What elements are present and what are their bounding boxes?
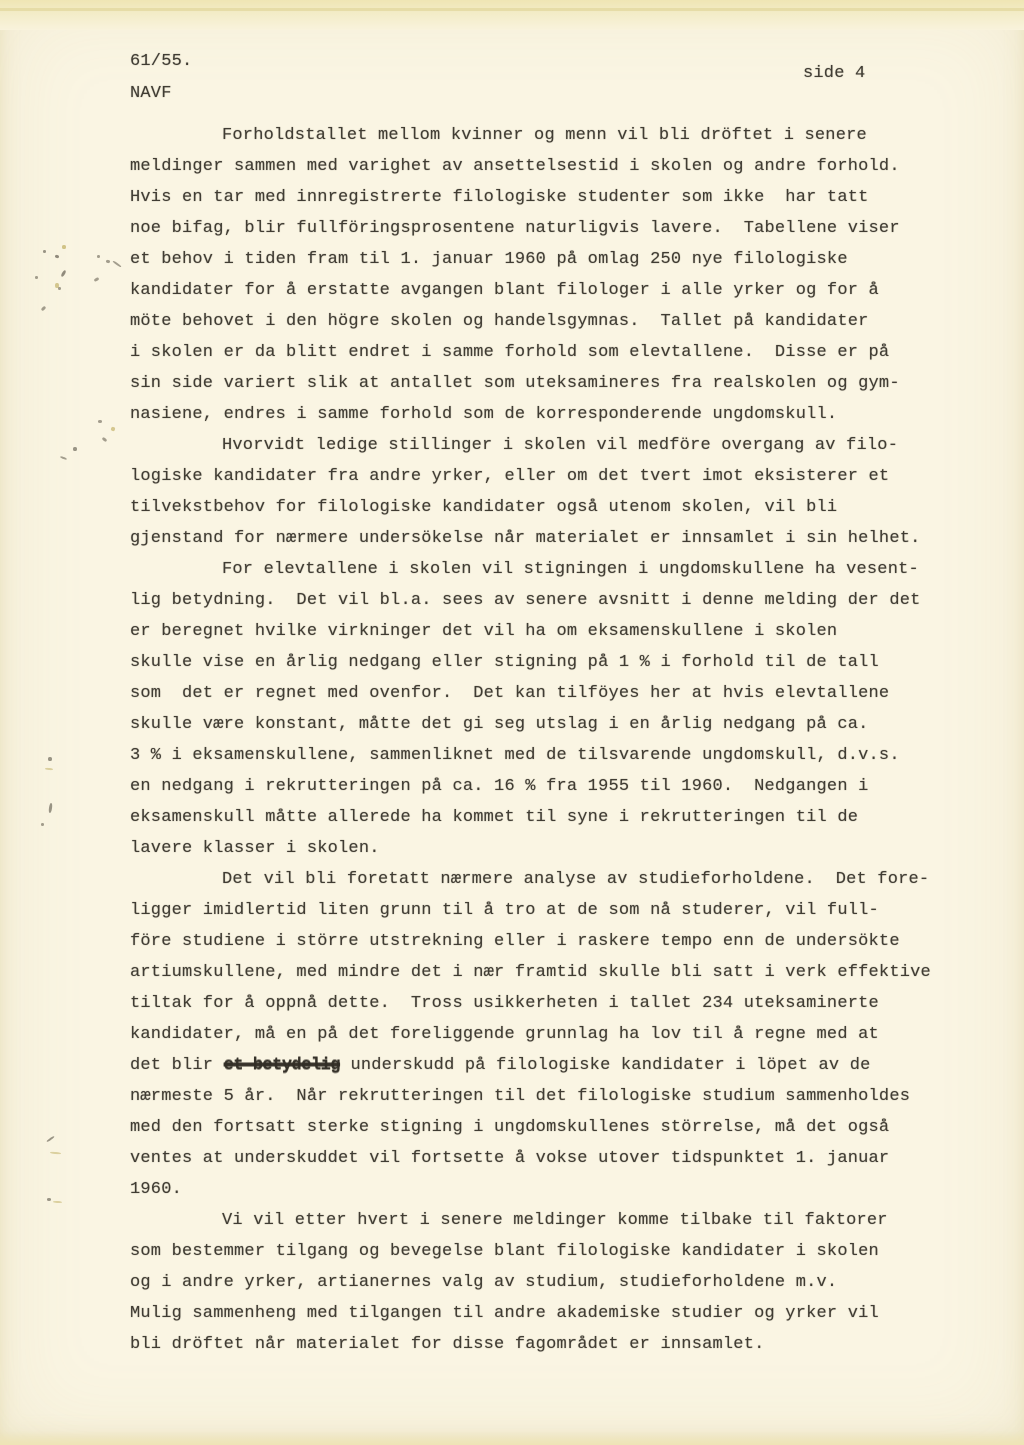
- text-segment: noe bifag, blir fullföringsprosentene na…: [130, 219, 900, 238]
- stain-speck: [45, 768, 53, 771]
- stain-speck: [55, 283, 59, 288]
- pencil-mark: [48, 757, 52, 761]
- pencil-mark: [47, 1198, 51, 1201]
- text-line: Vi vil etter hvert i senere meldinger ko…: [130, 1205, 960, 1236]
- text-segment: en nedgang i rekrutteringen på ca. 16 % …: [130, 777, 869, 796]
- text-segment: som det er regnet med ovenfor. Det kan t…: [130, 684, 889, 703]
- text-segment: Hvorvidt ledige stillinger i skolen vil …: [222, 436, 898, 455]
- text-line: logiske kandidater fra andre yrker, elle…: [130, 461, 960, 492]
- pencil-mark: [73, 447, 77, 451]
- pencil-mark: [60, 270, 66, 278]
- text-segment: 3 % i eksamenskullene, sammenliknet med …: [130, 746, 900, 765]
- pencil-mark: [102, 437, 108, 443]
- text-line: i skolen er da blitt endret i samme forh…: [130, 337, 960, 368]
- pencil-mark: [94, 277, 100, 282]
- text-segment: nasiene, endres i samme forhold som de k…: [130, 405, 837, 424]
- text-line: en nedgang i rekrutteringen på ca. 16 % …: [130, 771, 960, 802]
- text-line: et behov i tiden fram til 1. januar 1960…: [130, 244, 960, 275]
- text-segment: For elevtallene i skolen vil stigningen …: [222, 560, 919, 579]
- page-number-label: side 4: [803, 64, 865, 83]
- text-line: meldinger sammen med varighet av ansette…: [130, 151, 960, 182]
- text-line: For elevtallene i skolen vil stigningen …: [130, 554, 960, 585]
- pencil-mark: [48, 803, 52, 813]
- pencil-mark: [60, 456, 67, 460]
- text-segment: nærmeste 5 år. Når rekrutteringen til de…: [130, 1087, 910, 1106]
- text-segment: og i andre yrker, artianernes valg av st…: [130, 1273, 837, 1292]
- pencil-mark: [106, 260, 110, 264]
- text-segment: ventes at underskuddet vil fortsette å v…: [130, 1149, 889, 1168]
- text-segment: tilvekstbehov for filologiske kandidater…: [130, 498, 837, 517]
- text-segment: Forholdstallet mellom kvinner og menn vi…: [222, 126, 867, 145]
- text-line: eksamenskull måtte allerede ha kommet ti…: [130, 802, 960, 833]
- text-segment: bli dröftet når materialet for disse fag…: [130, 1335, 765, 1354]
- text-line: skulle vise en årlig nedgang eller stign…: [130, 647, 960, 678]
- org-label: NAVF: [130, 84, 172, 103]
- text-line: Forholdstallet mellom kvinner og menn vi…: [130, 120, 960, 151]
- text-line: og i andre yrker, artianernes valg av st…: [130, 1267, 960, 1298]
- pencil-mark: [98, 420, 102, 423]
- text-segment: lavere klasser i skolen.: [130, 839, 380, 858]
- pencil-mark: [112, 260, 121, 267]
- paper-top-edge-line: [0, 8, 1024, 11]
- text-line: som bestemmer tilgang og bevegelse blant…: [130, 1236, 960, 1267]
- text-line: kandidater, må en på det foreliggende gr…: [130, 1019, 960, 1050]
- text-line: noe bifag, blir fullföringsprosentene na…: [130, 213, 960, 244]
- text-segment: i skolen er da blitt endret i samme forh…: [130, 343, 889, 362]
- pencil-mark: [35, 276, 38, 279]
- text-line: tiltak for å oppnå dette. Tross usikkerh…: [130, 988, 960, 1019]
- text-segment: et behov i tiden fram til 1. januar 1960…: [130, 250, 848, 269]
- text-line: skulle være konstant, måtte det gi seg u…: [130, 709, 960, 740]
- text-line: Det vil bli foretatt nærmere analyse av …: [130, 864, 960, 895]
- stain-speck: [111, 427, 116, 432]
- text-segment: ligger imidlertid liten grunn til å tro …: [130, 901, 879, 920]
- text-segment: möte behovet i den högre skolen og hande…: [130, 312, 869, 331]
- text-line: som det er regnet med ovenfor. Det kan t…: [130, 678, 960, 709]
- text-line: lavere klasser i skolen.: [130, 833, 960, 864]
- paper-top-edge: [0, 0, 1024, 30]
- stain-speck: [62, 245, 66, 249]
- text-line: gjenstand for nærmere undersökelse når m…: [130, 523, 960, 554]
- text-line: det blir et betydelig underskudd på filo…: [130, 1050, 960, 1081]
- text-line: nasiene, endres i samme forhold som de k…: [130, 399, 960, 430]
- pencil-mark: [43, 250, 46, 253]
- text-line: 3 % i eksamenskullene, sammenliknet med …: [130, 740, 960, 771]
- text-segment: Vi vil etter hvert i senere meldinger ko…: [222, 1211, 888, 1230]
- text-line: sin side variert slik at antallet som ut…: [130, 368, 960, 399]
- text-line: artiumskullene, med mindre det i nær fra…: [130, 957, 960, 988]
- stain-speck: [53, 1201, 62, 1203]
- doc-number: 61/55.: [130, 52, 192, 71]
- text-body: Forholdstallet mellom kvinner og menn vi…: [130, 120, 960, 1360]
- text-segment: det blir: [130, 1056, 224, 1075]
- text-segment: tiltak for å oppnå dette. Tross usikkerh…: [130, 994, 879, 1013]
- text-line: nærmeste 5 år. Når rekrutteringen til de…: [130, 1081, 960, 1112]
- pencil-mark: [58, 287, 61, 290]
- paper-bottom-edge: [0, 1431, 1024, 1445]
- text-line: bli dröftet når materialet for disse fag…: [130, 1329, 960, 1360]
- text-segment: före studiene i större utstrekning eller…: [130, 932, 900, 951]
- text-line: före studiene i större utstrekning eller…: [130, 926, 960, 957]
- text-segment: Det vil bli foretatt nærmere analyse av …: [222, 870, 929, 889]
- pencil-mark: [41, 306, 47, 312]
- text-segment: artiumskullene, med mindre det i nær fra…: [130, 963, 931, 982]
- pencil-mark: [46, 1136, 55, 1143]
- struck-text: et betydelig: [224, 1056, 340, 1075]
- text-line: ventes at underskuddet vil fortsette å v…: [130, 1143, 960, 1174]
- text-line: lig betydning. Det vil bl.a. sees av sen…: [130, 585, 960, 616]
- text-segment: sin side variert slik at antallet som ut…: [130, 374, 900, 393]
- text-segment: 1960.: [130, 1180, 182, 1199]
- text-line: Hvis en tar med innregistrerte filologis…: [130, 182, 960, 213]
- pencil-mark: [97, 255, 100, 258]
- pencil-mark: [41, 823, 44, 826]
- text-segment: er beregnet hvilke virkninger det vil ha…: [130, 622, 837, 641]
- text-segment: kandidater for å erstatte avgangen blant…: [130, 281, 879, 300]
- text-segment: eksamenskull måtte allerede ha kommet ti…: [130, 808, 858, 827]
- text-line: kandidater for å erstatte avgangen blant…: [130, 275, 960, 306]
- document-page: 61/55. side 4 NAVF Forholdstallet mellom…: [0, 0, 1024, 1445]
- text-segment: Hvis en tar med innregistrerte filologis…: [130, 188, 869, 207]
- text-segment: gjenstand for nærmere undersökelse når m…: [130, 529, 921, 548]
- text-line: Mulig sammenheng med tilgangen til andre…: [130, 1298, 960, 1329]
- text-segment: lig betydning. Det vil bl.a. sees av sen…: [130, 591, 921, 610]
- text-segment: logiske kandidater fra andre yrker, elle…: [130, 467, 889, 486]
- text-segment: som bestemmer tilgang og bevegelse blant…: [130, 1242, 879, 1261]
- text-segment: kandidater, må en på det foreliggende gr…: [130, 1025, 879, 1044]
- text-line: er beregnet hvilke virkninger det vil ha…: [130, 616, 960, 647]
- text-segment: Mulig sammenheng med tilgangen til andre…: [130, 1304, 879, 1323]
- text-line: med den fortsatt sterke stigning i ungdo…: [130, 1112, 960, 1143]
- text-line: möte behovet i den högre skolen og hande…: [130, 306, 960, 337]
- text-line: 1960.: [130, 1174, 960, 1205]
- stain-speck: [50, 1152, 61, 1155]
- pencil-mark: [55, 254, 60, 258]
- text-line: tilvekstbehov for filologiske kandidater…: [130, 492, 960, 523]
- text-segment: skulle vise en årlig nedgang eller stign…: [130, 653, 879, 672]
- text-segment: meldinger sammen med varighet av ansette…: [130, 157, 900, 176]
- text-segment: med den fortsatt sterke stigning i ungdo…: [130, 1118, 889, 1137]
- text-line: Hvorvidt ledige stillinger i skolen vil …: [130, 430, 960, 461]
- text-segment: skulle være konstant, måtte det gi seg u…: [130, 715, 869, 734]
- text-segment: underskudd på filologiske kandidater i l…: [340, 1056, 871, 1075]
- text-line: ligger imidlertid liten grunn til å tro …: [130, 895, 960, 926]
